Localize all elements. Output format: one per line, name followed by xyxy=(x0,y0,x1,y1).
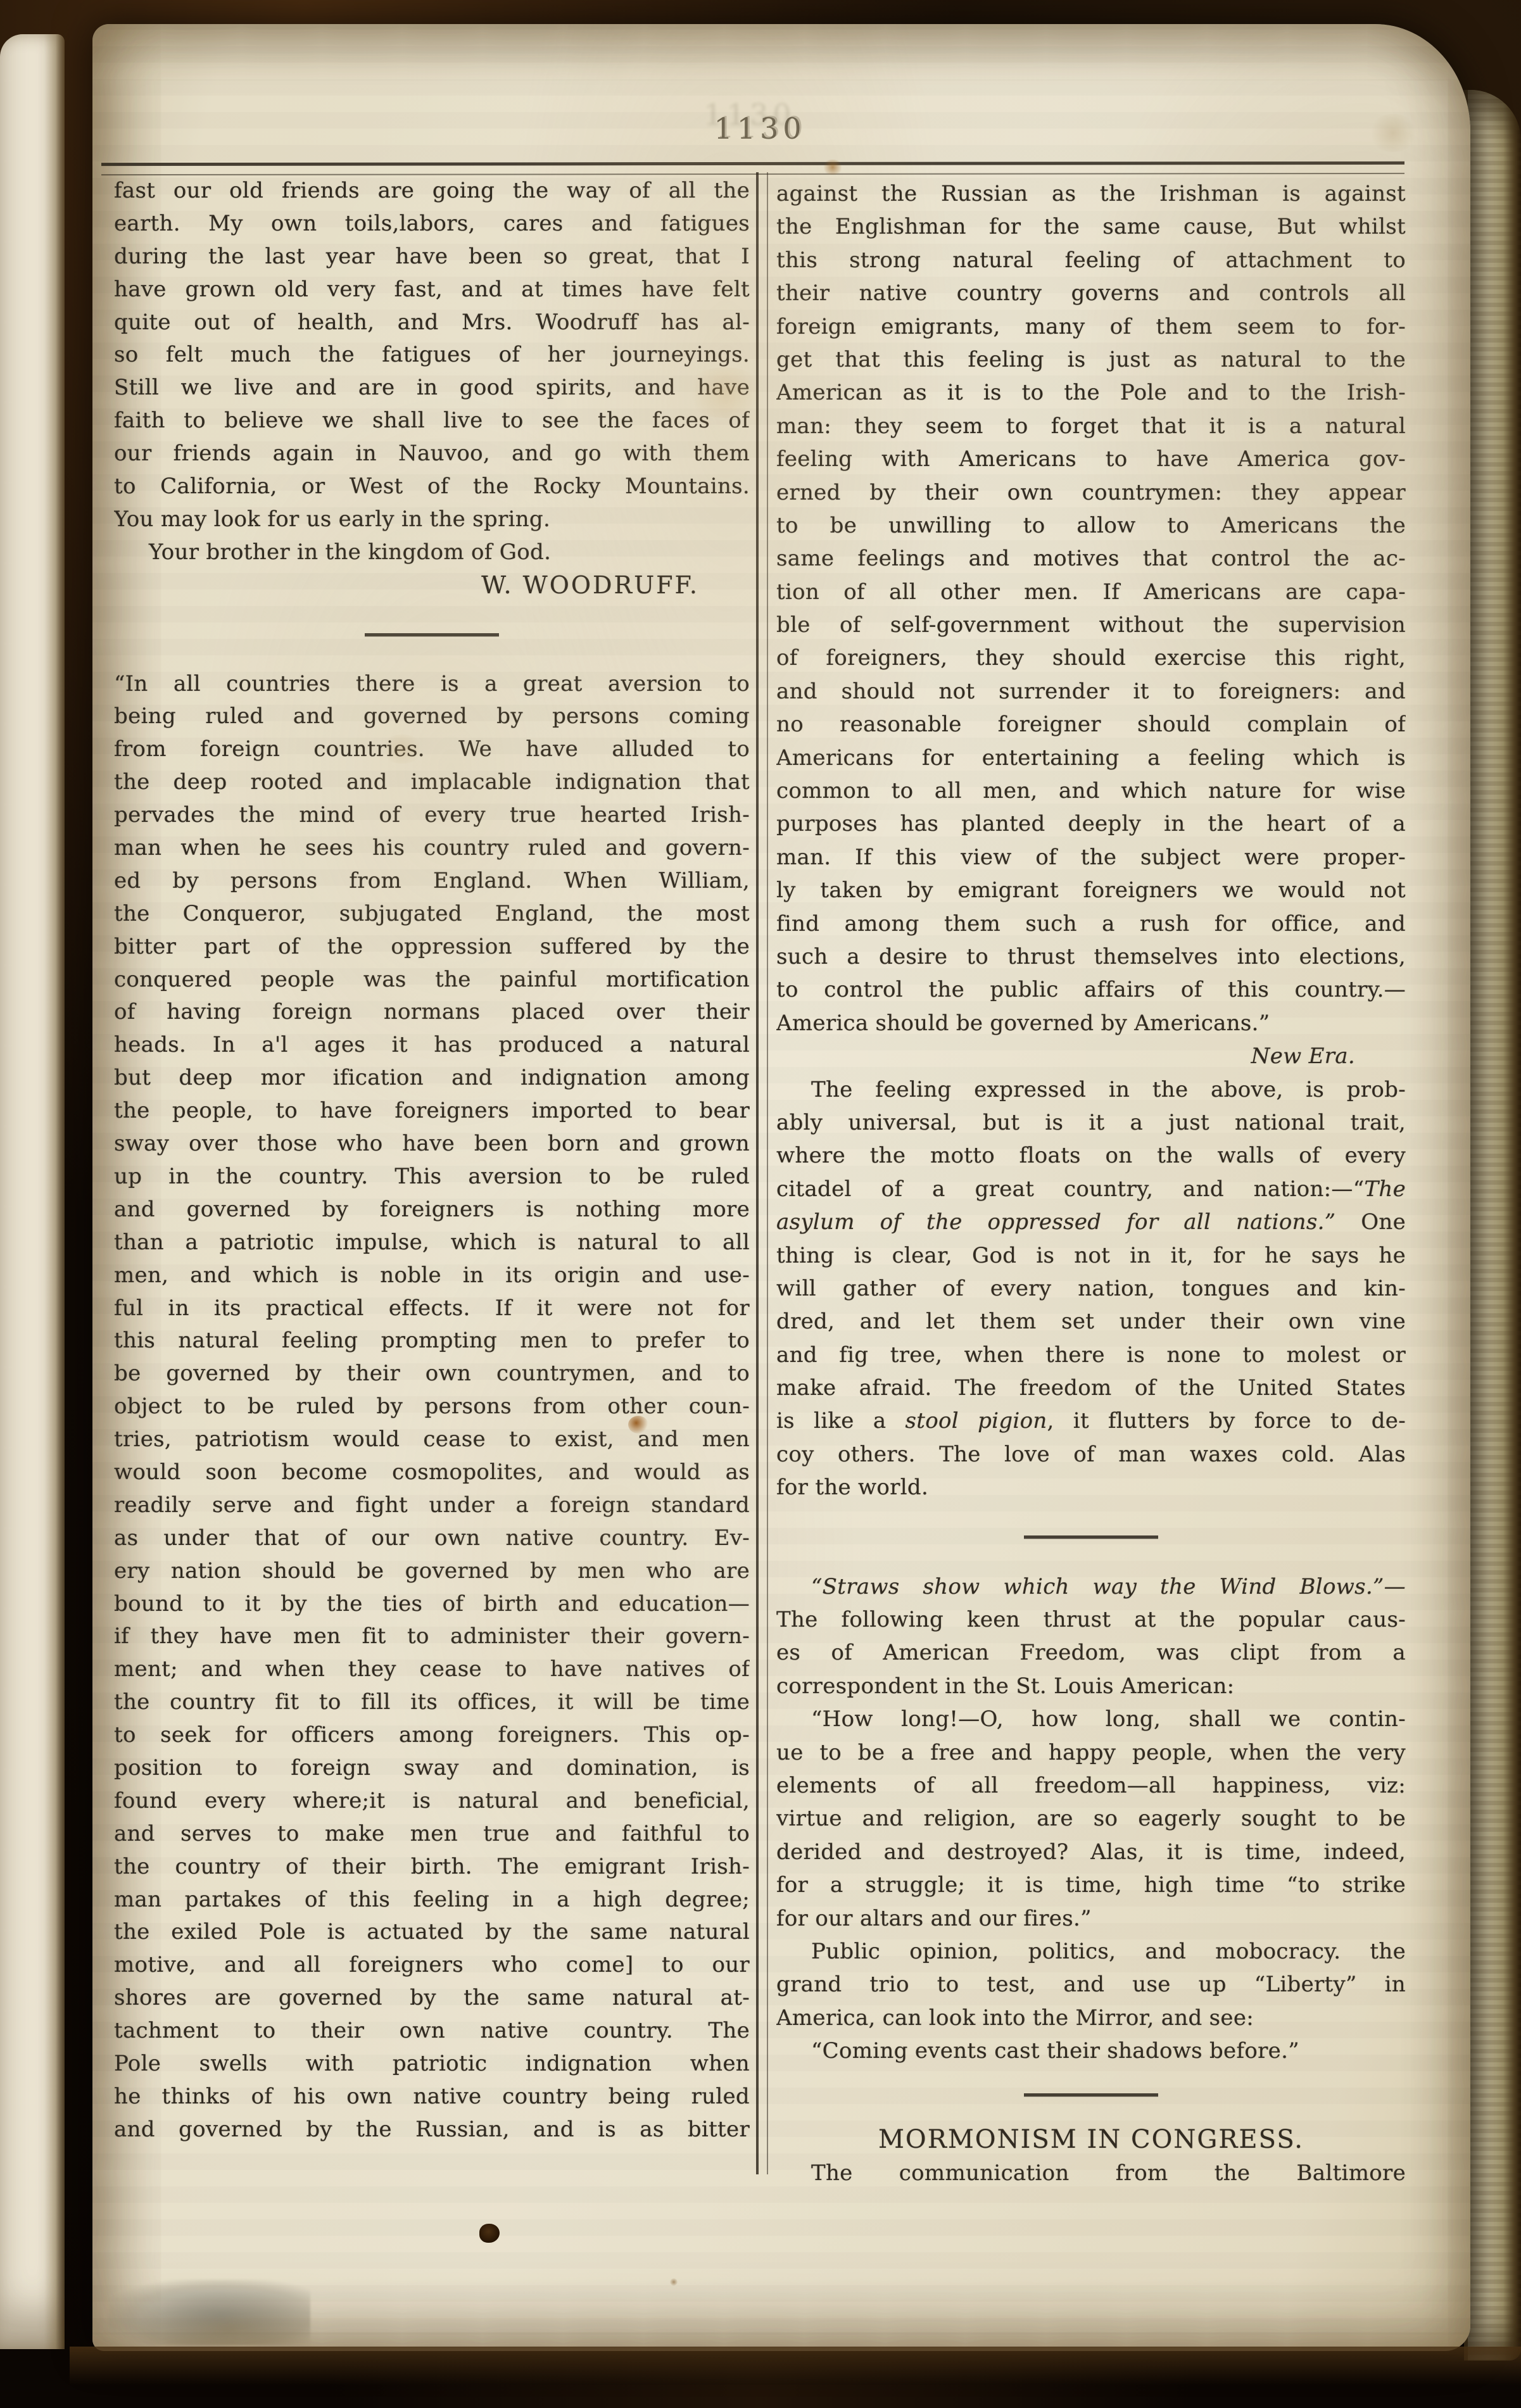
text-line: grand trio to test, and use up “Liberty”… xyxy=(776,1968,1406,2001)
page-number: 1130 xyxy=(659,111,861,146)
text-line: of having foreign normans placed over th… xyxy=(114,996,750,1029)
left-text-column: fast our old friends are going the way o… xyxy=(114,175,750,2146)
text-line: man when he sees his country ruled and g… xyxy=(114,832,750,865)
text-line: es of American Freedom, was clipt from a xyxy=(776,1636,1406,1669)
text-line: faith to believe we shall live to see th… xyxy=(114,405,750,438)
section-divider-rule xyxy=(776,1504,1406,1570)
text-line: and governed by foreigners is nothing mo… xyxy=(114,1194,750,1226)
text-line: sway over those who have been born and g… xyxy=(114,1128,750,1161)
section-divider-rule xyxy=(114,602,750,668)
text-line: if they have men fit to administer their… xyxy=(114,1620,750,1653)
text-line: would soon become cosmopolites, and woul… xyxy=(114,1456,750,1489)
text-line: New Era. xyxy=(776,1040,1406,1073)
text-line: coy others. The love of man waxes cold. … xyxy=(776,1438,1406,1471)
text-line: against the Russian as the Irishman is a… xyxy=(776,177,1406,210)
page-stack-fore-edge xyxy=(1464,90,1521,2361)
text-line: conquered people was the painful mortifi… xyxy=(114,964,750,997)
text-line: the country of their birth. The emigrant… xyxy=(114,1851,750,1884)
text-line: but deep mor ification and indignation a… xyxy=(114,1062,750,1095)
text-line: correspondent in the St. Louis American: xyxy=(776,1670,1406,1703)
text-line: and should not surrender it to foreigner… xyxy=(776,675,1406,708)
text-line: and governed by the Russian, and is as b… xyxy=(114,2114,750,2146)
text-line: and serves to make men true and faithful… xyxy=(114,1818,750,1851)
text-line: “How long!—O, how long, shall we contin- xyxy=(776,1703,1406,1736)
text-line: erned by their own countrymen: they appe… xyxy=(776,476,1406,509)
text-line: ably universal, but is it a just nationa… xyxy=(776,1106,1406,1139)
text-line: shores are governed by the same natural … xyxy=(114,1982,750,2015)
foxing-spot xyxy=(628,1416,648,1434)
text-line: the country fit to fill its offices, it … xyxy=(114,1686,750,1719)
text-line: being ruled and governed by persons comi… xyxy=(114,700,750,733)
text-line: man. If this view of the subject were pr… xyxy=(776,841,1406,874)
text-line: common to all men, and which nature for … xyxy=(776,774,1406,807)
text-line: quite out of health, and Mrs. Woodruff h… xyxy=(114,306,750,339)
text-line: ble of self-government without the super… xyxy=(776,608,1406,641)
text-line: Still we live and are in good spirits, a… xyxy=(114,372,750,405)
text-line: where the motto floats on the walls of e… xyxy=(776,1139,1406,1172)
section-divider-rule xyxy=(776,2067,1406,2123)
foxing-spot xyxy=(1368,114,1418,152)
text-line: foreign emigrants, many of them seem to … xyxy=(776,310,1406,343)
text-line: this natural feeling prompting men to pr… xyxy=(114,1325,750,1358)
text-line: America should be governed by Americans.… xyxy=(776,1007,1406,1040)
text-line: ery nation should be governed by men who… xyxy=(114,1555,750,1588)
text-line: this strong natural feeling of attachmen… xyxy=(776,244,1406,277)
column-divider-rule xyxy=(756,172,768,2174)
text-line: than a patriotic impulse, which is natur… xyxy=(114,1226,750,1259)
text-line: the Conqueror, subjugated England, the m… xyxy=(114,898,750,931)
text-line: have grown old very fast, and at times h… xyxy=(114,274,750,306)
text-line: of foreigners, they should exercise this… xyxy=(776,641,1406,674)
facing-page-edge xyxy=(0,34,65,2349)
text-line: Pole swells with patriotic indignation w… xyxy=(114,2048,750,2081)
text-line: man: they seem to forget that it is a na… xyxy=(776,410,1406,443)
text-line: to control the public affairs of this co… xyxy=(776,973,1406,1006)
text-line: the deep rooted and implacable indignati… xyxy=(114,766,750,799)
right-text-column: against the Russian as the Irishman is a… xyxy=(776,177,1406,2190)
text-line: be governed by their own countrymen, and… xyxy=(114,1358,750,1390)
text-line: the people, to have foreigners imported … xyxy=(114,1095,750,1128)
text-line: find among them such a rush for office, … xyxy=(776,907,1406,940)
text-line: elements of all freedom—all happiness, v… xyxy=(776,1769,1406,1802)
text-line: found every where;it is natural and bene… xyxy=(114,1785,750,1818)
text-line: Public opinion, politics, and mobocracy.… xyxy=(776,1935,1406,1968)
text-line: tion of all other men. If Americans are … xyxy=(776,576,1406,608)
text-line: man partakes of this feeling in a high d… xyxy=(114,1884,750,1917)
text-line: bound to it by the ties of birth and edu… xyxy=(114,1588,750,1621)
text-line: our friends again in Nauvoo, and go with… xyxy=(114,438,750,470)
text-line: tries, patriotism would cease to exist, … xyxy=(114,1423,750,1456)
text-line: as under that of our own native country.… xyxy=(114,1522,750,1555)
text-line: same feelings and motives that control t… xyxy=(776,542,1406,575)
text-line: get that this feeling is just as natural… xyxy=(776,343,1406,376)
text-line: position to foreign sway and domination,… xyxy=(114,1752,750,1785)
text-line: ed by persons from England. When William… xyxy=(114,865,750,898)
text-line: such a desire to thrust themselves into … xyxy=(776,940,1406,973)
text-line: men, and which is noble in its origin an… xyxy=(114,1259,750,1292)
text-line: The feeling expressed in the above, is p… xyxy=(776,1073,1406,1106)
text-line: the exiled Pole is actuated by the same … xyxy=(114,1916,750,1949)
foxing-spot xyxy=(380,734,424,764)
gray-smudge-stain xyxy=(109,2279,310,2345)
text-line: W. WOODRUFF. xyxy=(114,569,750,602)
text-line: Americans for entertaining a feeling whi… xyxy=(776,741,1406,774)
scanned-book-page-photo: 1130 fast our old friends are going the … xyxy=(0,0,1521,2408)
text-line: is like a stool pigion, it flutters by f… xyxy=(776,1404,1406,1437)
text-line: the Englishman for the same cause, But w… xyxy=(776,210,1406,243)
text-line: he thinks of his own native country bein… xyxy=(114,2081,750,2114)
text-line: tachment to their own native country. Th… xyxy=(114,2015,750,2048)
text-line: to be unwilling to allow to Americans th… xyxy=(776,509,1406,542)
text-line: bitter part of the oppression suffered b… xyxy=(114,931,750,964)
text-line: ue to be a free and happy people, when t… xyxy=(776,1736,1406,1769)
foxing-spot xyxy=(684,367,766,418)
text-line: earth. My own toils,labors, cares and fa… xyxy=(114,208,750,241)
text-line: object to be ruled by persons from other… xyxy=(114,1390,750,1423)
text-line: no reasonable foreigner should complain … xyxy=(776,708,1406,741)
text-line: American as it is to the Pole and to the… xyxy=(776,376,1406,409)
text-line: heads. In a'l ages it has produced a nat… xyxy=(114,1029,750,1062)
text-line: America, can look into the Mirror, and s… xyxy=(776,2001,1406,2034)
text-line: readily serve and fight under a foreign … xyxy=(114,1489,750,1522)
text-line: derided and destroyed? Alas, it is time,… xyxy=(776,1836,1406,1869)
text-line: thing is clear, God is not in it, for he… xyxy=(776,1239,1406,1272)
text-line: fast our old friends are going the way o… xyxy=(114,175,750,208)
text-line: “Coming events cast their shadows before… xyxy=(776,2034,1406,2067)
header-double-rule xyxy=(101,161,1404,175)
text-line: during the last year have been so great,… xyxy=(114,241,750,274)
text-line: The following keen thrust at the popular… xyxy=(776,1603,1406,1636)
text-line: “Straws show which way the Wind Blows.”— xyxy=(776,1570,1406,1603)
text-line: dred, and let them set under their own v… xyxy=(776,1305,1406,1338)
text-line: for the world. xyxy=(776,1471,1406,1504)
text-line: virtue and religion, are so eagerly soug… xyxy=(776,1802,1406,1835)
text-line: You may look for us early in the spring. xyxy=(114,503,750,536)
text-line: to seek for officers among foreigners. T… xyxy=(114,1719,750,1752)
text-line: pervades the mind of every true hearted … xyxy=(114,799,750,832)
text-line: ly taken by emigrant foreigners we would… xyxy=(776,874,1406,907)
foxing-spot xyxy=(670,2278,678,2286)
text-line: feeling with Americans to have America g… xyxy=(776,443,1406,476)
text-line: purposes has planted deeply in the heart… xyxy=(776,807,1406,840)
text-line: “In all countries there is a great avers… xyxy=(114,668,750,701)
foxing-spot xyxy=(822,160,843,175)
text-line: so felt much the fatigues of her journey… xyxy=(114,339,750,372)
text-line: for a struggle; it is time, high time “t… xyxy=(776,1869,1406,1901)
text-line: MORMONISM IN CONGRESS. xyxy=(776,2123,1406,2156)
text-line: make afraid. The freedom of the United S… xyxy=(776,1371,1406,1404)
text-line: asylum of the oppressed for all nations.… xyxy=(776,1206,1406,1239)
text-line: ment; and when they cease to have native… xyxy=(114,1653,750,1686)
text-line: their native country governs and control… xyxy=(776,277,1406,310)
bottom-edge-shadow xyxy=(70,2347,1521,2385)
text-line: up in the country. This aversion to be r… xyxy=(114,1161,750,1194)
text-line: to California, or West of the Rocky Moun… xyxy=(114,470,750,503)
text-line: from foreign countries. We have alluded … xyxy=(114,733,750,766)
text-line: for our altars and our fires.” xyxy=(776,1902,1406,1935)
text-line: The communication from the Baltimore xyxy=(776,2157,1406,2190)
text-line: will gather of every nation, tongues and… xyxy=(776,1272,1406,1305)
text-line: ful in its practical effects. If it were… xyxy=(114,1292,750,1325)
text-line: and fig tree, when there is none to mole… xyxy=(776,1339,1406,1371)
text-line: citadel of a great country, and nation:—… xyxy=(776,1173,1406,1206)
text-line: motive, and all foreigners who come] to … xyxy=(114,1949,750,1982)
text-line: Your brother in the kingdom of God. xyxy=(114,536,750,569)
